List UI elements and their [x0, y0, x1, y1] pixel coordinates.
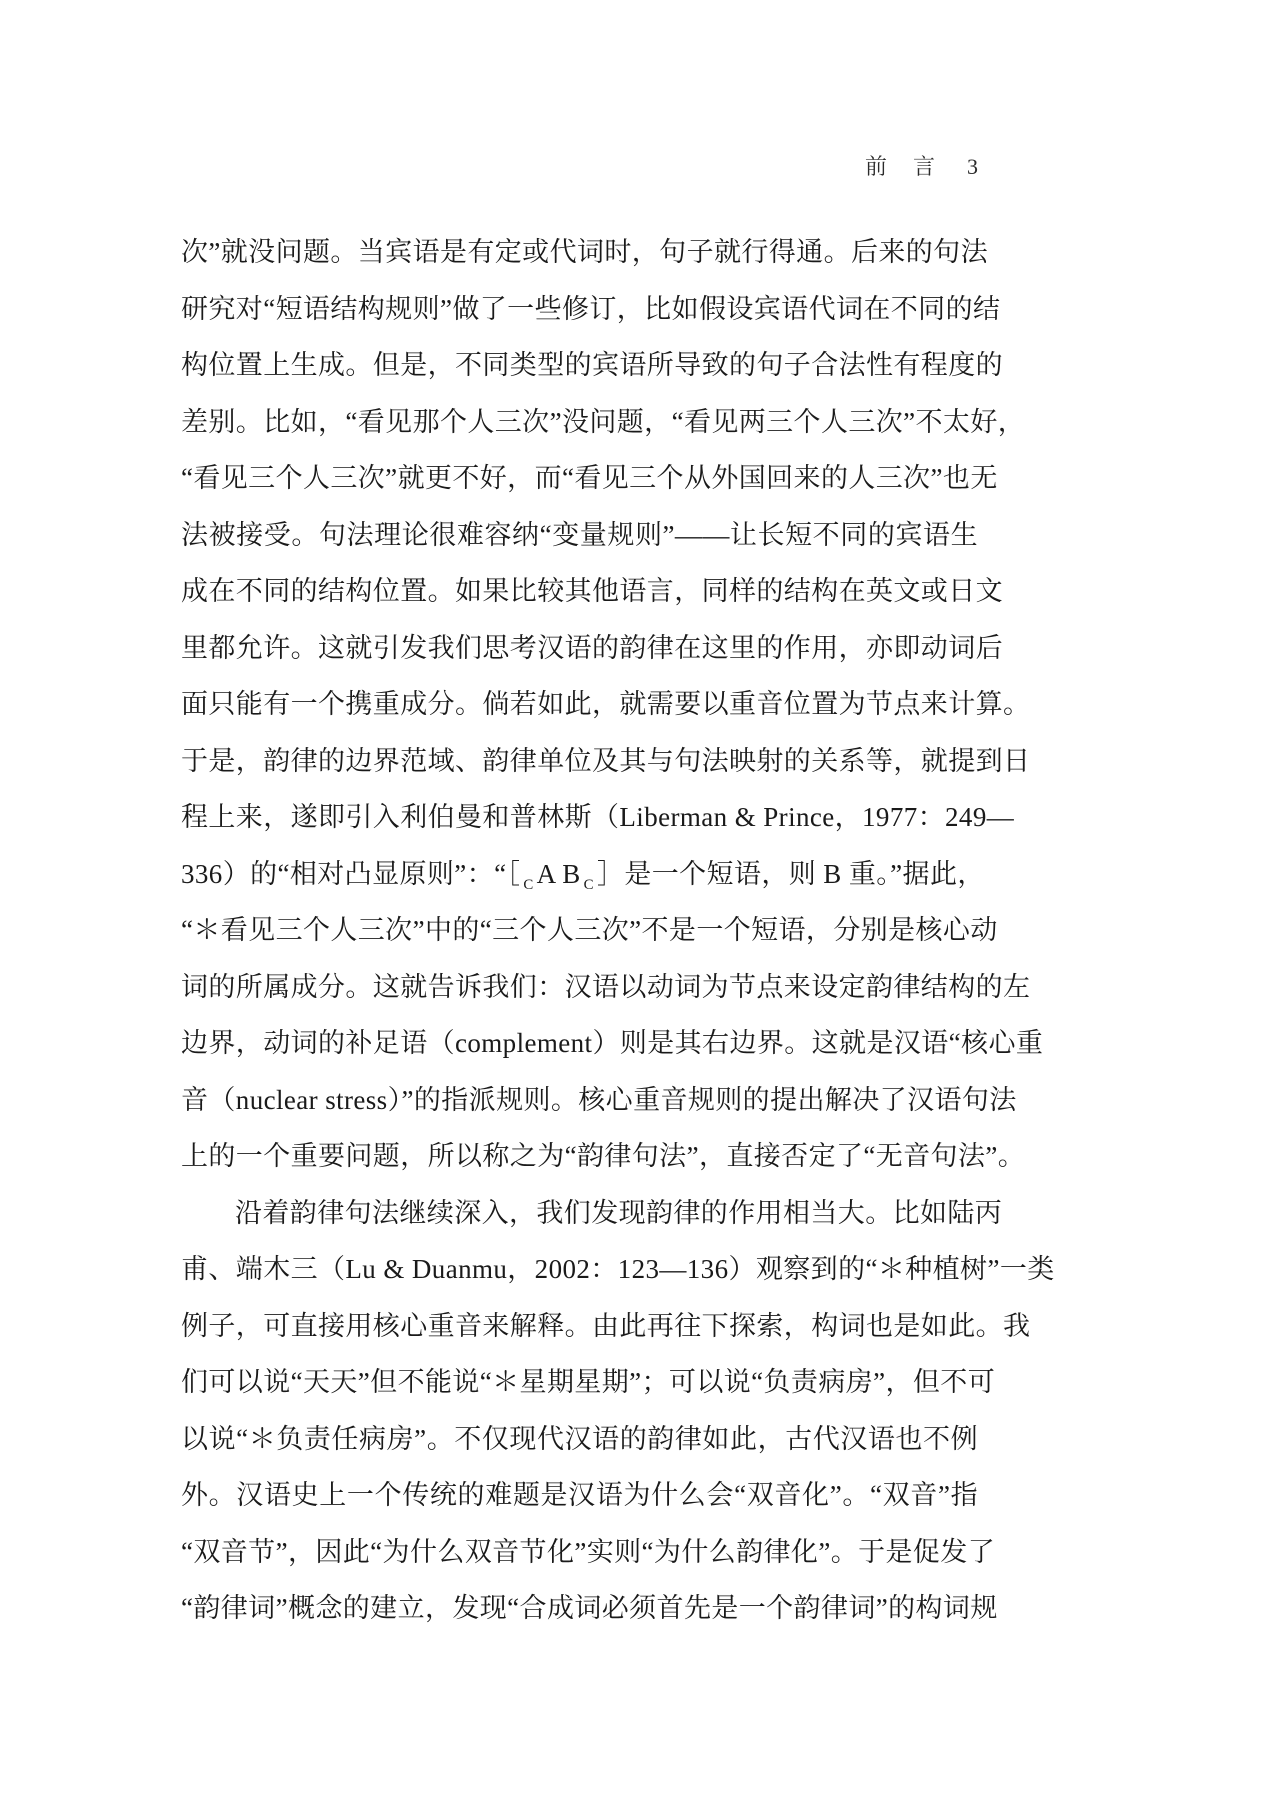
text-line: 外。汉语史上一个传统的难题是汉语为什么会“双音化”。“双音”指 [181, 1467, 978, 1524]
text-line: 边界，动词的补足语（complement）则是其右边界。这就是汉语“核心重 [181, 1015, 978, 1072]
text-line: 音（nuclear stress）”的指派规则。核心重音规则的提出解决了汉语句法 [181, 1072, 978, 1129]
text-line: 构位置上生成。但是，不同类型的宾语所导致的句子合法性有程度的 [181, 337, 978, 394]
running-head: 前 言 3 [180, 150, 978, 181]
text-line: 研究对“短语结构规则”做了一些修订，比如假设宾语代词在不同的结 [181, 281, 978, 338]
text-line: 上的一个重要问题，所以称之为“韵律句法”，直接否定了“无音句法”。 [181, 1128, 978, 1185]
text-line: 甫、端木三（Lu & Duanmu，2002：123—136）观察到的“＊种植树… [181, 1241, 978, 1298]
text-line: 词的所属成分。这就告诉我们：汉语以动词为节点来设定韵律结构的左 [181, 959, 978, 1016]
page-number: 3 [967, 154, 978, 180]
formula-pre: 336）的“相对凸显原则”：“［ [181, 859, 520, 889]
text-line: 次”就没问题。当宾语是有定或代词时，句子就行得通。后来的句法 [181, 224, 978, 281]
text-line: 法被接受。句法理论很难容纳“变量规则”——让长短不同的宾语生 [181, 507, 978, 564]
formula-subscript-right: C [584, 877, 594, 893]
running-head-title: 前 言 [865, 150, 937, 181]
formula-subscript-left: C [523, 877, 533, 893]
text-line: 成在不同的结构位置。如果比较其他语言，同样的结构在英文或日文 [181, 563, 978, 620]
formula-mid: A B [537, 859, 581, 889]
text-line-paragraph-start: 沿着韵律句法继续深入，我们发现韵律的作用相当大。比如陆丙 [181, 1185, 978, 1242]
text-line: 例子，可直接用核心重音来解释。由此再往下探索，构词也是如此。我 [181, 1298, 978, 1355]
page-body: 次”就没问题。当宾语是有定或代词时，句子就行得通。后来的句法 研究对“短语结构规… [181, 224, 978, 1637]
text-line: “韵律词”概念的建立，发现“合成词必须首先是一个韵律词”的构词规 [181, 1580, 978, 1637]
text-line: “＊看见三个人三次”中的“三个人三次”不是一个短语，分别是核心动 [181, 902, 978, 959]
text-line: 以说“＊负责任病房”。不仅现代汉语的韵律如此，古代汉语也不例 [181, 1411, 978, 1468]
text-line-formula: 336）的“相对凸显原则”：“［CA BC］是一个短语，则 B 重。”据此， [181, 846, 978, 903]
text-line: “看见三个人三次”就更不好，而“看见三个从外国回来的人三次”也无 [181, 450, 978, 507]
text-line: 里都允许。这就引发我们思考汉语的韵律在这里的作用，亦即动词后 [181, 620, 978, 677]
formula-post: ］是一个短语，则 B 重。”据此， [597, 859, 985, 889]
text-line: 于是，韵律的边界范域、韵律单位及其与句法映射的关系等，就提到日 [181, 733, 978, 790]
book-page: 前 言 3 次”就没问题。当宾语是有定或代词时，句子就行得通。后来的句法 研究对… [0, 0, 1280, 1819]
text-line: 面只能有一个携重成分。倘若如此，就需要以重音位置为节点来计算。 [181, 676, 978, 733]
text-line: 们可以说“天天”但不能说“＊星期星期”；可以说“负责病房”，但不可 [181, 1354, 978, 1411]
text-line: 差别。比如，“看见那个人三次”没问题，“看见两三个人三次”不太好， [181, 394, 978, 451]
text-line: 程上来，遂即引入利伯曼和普林斯（Liberman & Prince，1977：2… [181, 789, 978, 846]
text-line: “双音节”，因此“为什么双音节化”实则“为什么韵律化”。于是促发了 [181, 1524, 978, 1581]
